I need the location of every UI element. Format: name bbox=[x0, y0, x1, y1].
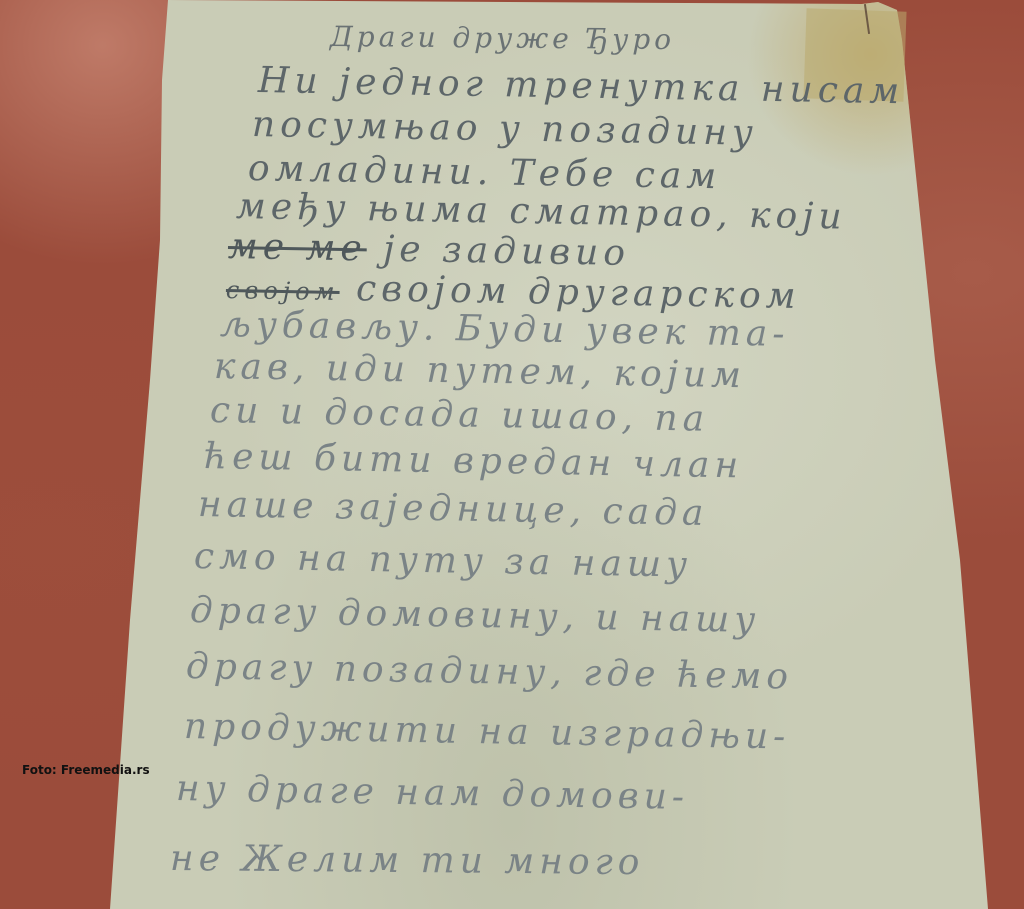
letter-line: драгу домовину, и нашу bbox=[190, 590, 761, 641]
letter-line: Ни једног тренутка нисам bbox=[258, 60, 905, 112]
letter-line: кав, иди путем, којим bbox=[214, 346, 747, 396]
handwritten-letter: Драги друже Ђуро Ни једног тренутка ниса… bbox=[0, 0, 1024, 909]
letter-line: ну драге нам домови- bbox=[176, 768, 690, 818]
letter-salutation: Драги друже Ђуро bbox=[330, 20, 675, 56]
letter-line: продужити на изградњи- bbox=[184, 706, 791, 758]
struck-text: својом bbox=[226, 276, 340, 306]
letter-line: смо на путу за нашу bbox=[194, 536, 693, 586]
letter-line: ћеш бити вредан члан bbox=[204, 436, 744, 486]
letter-line: си и досада ишао, па bbox=[210, 390, 710, 440]
letter-line: не Желим ти много bbox=[170, 838, 645, 883]
letter-line: драгу позадину, где ћемо bbox=[186, 646, 794, 698]
line-text: је задивио bbox=[366, 228, 630, 274]
letter-line: посумњао у позадину bbox=[252, 104, 758, 154]
letter-line: наше заједнице, сада bbox=[198, 484, 709, 534]
struck-text: ме ме bbox=[228, 226, 367, 269]
photo-credit-caption: Foto: Freemedia.rs bbox=[22, 763, 150, 777]
